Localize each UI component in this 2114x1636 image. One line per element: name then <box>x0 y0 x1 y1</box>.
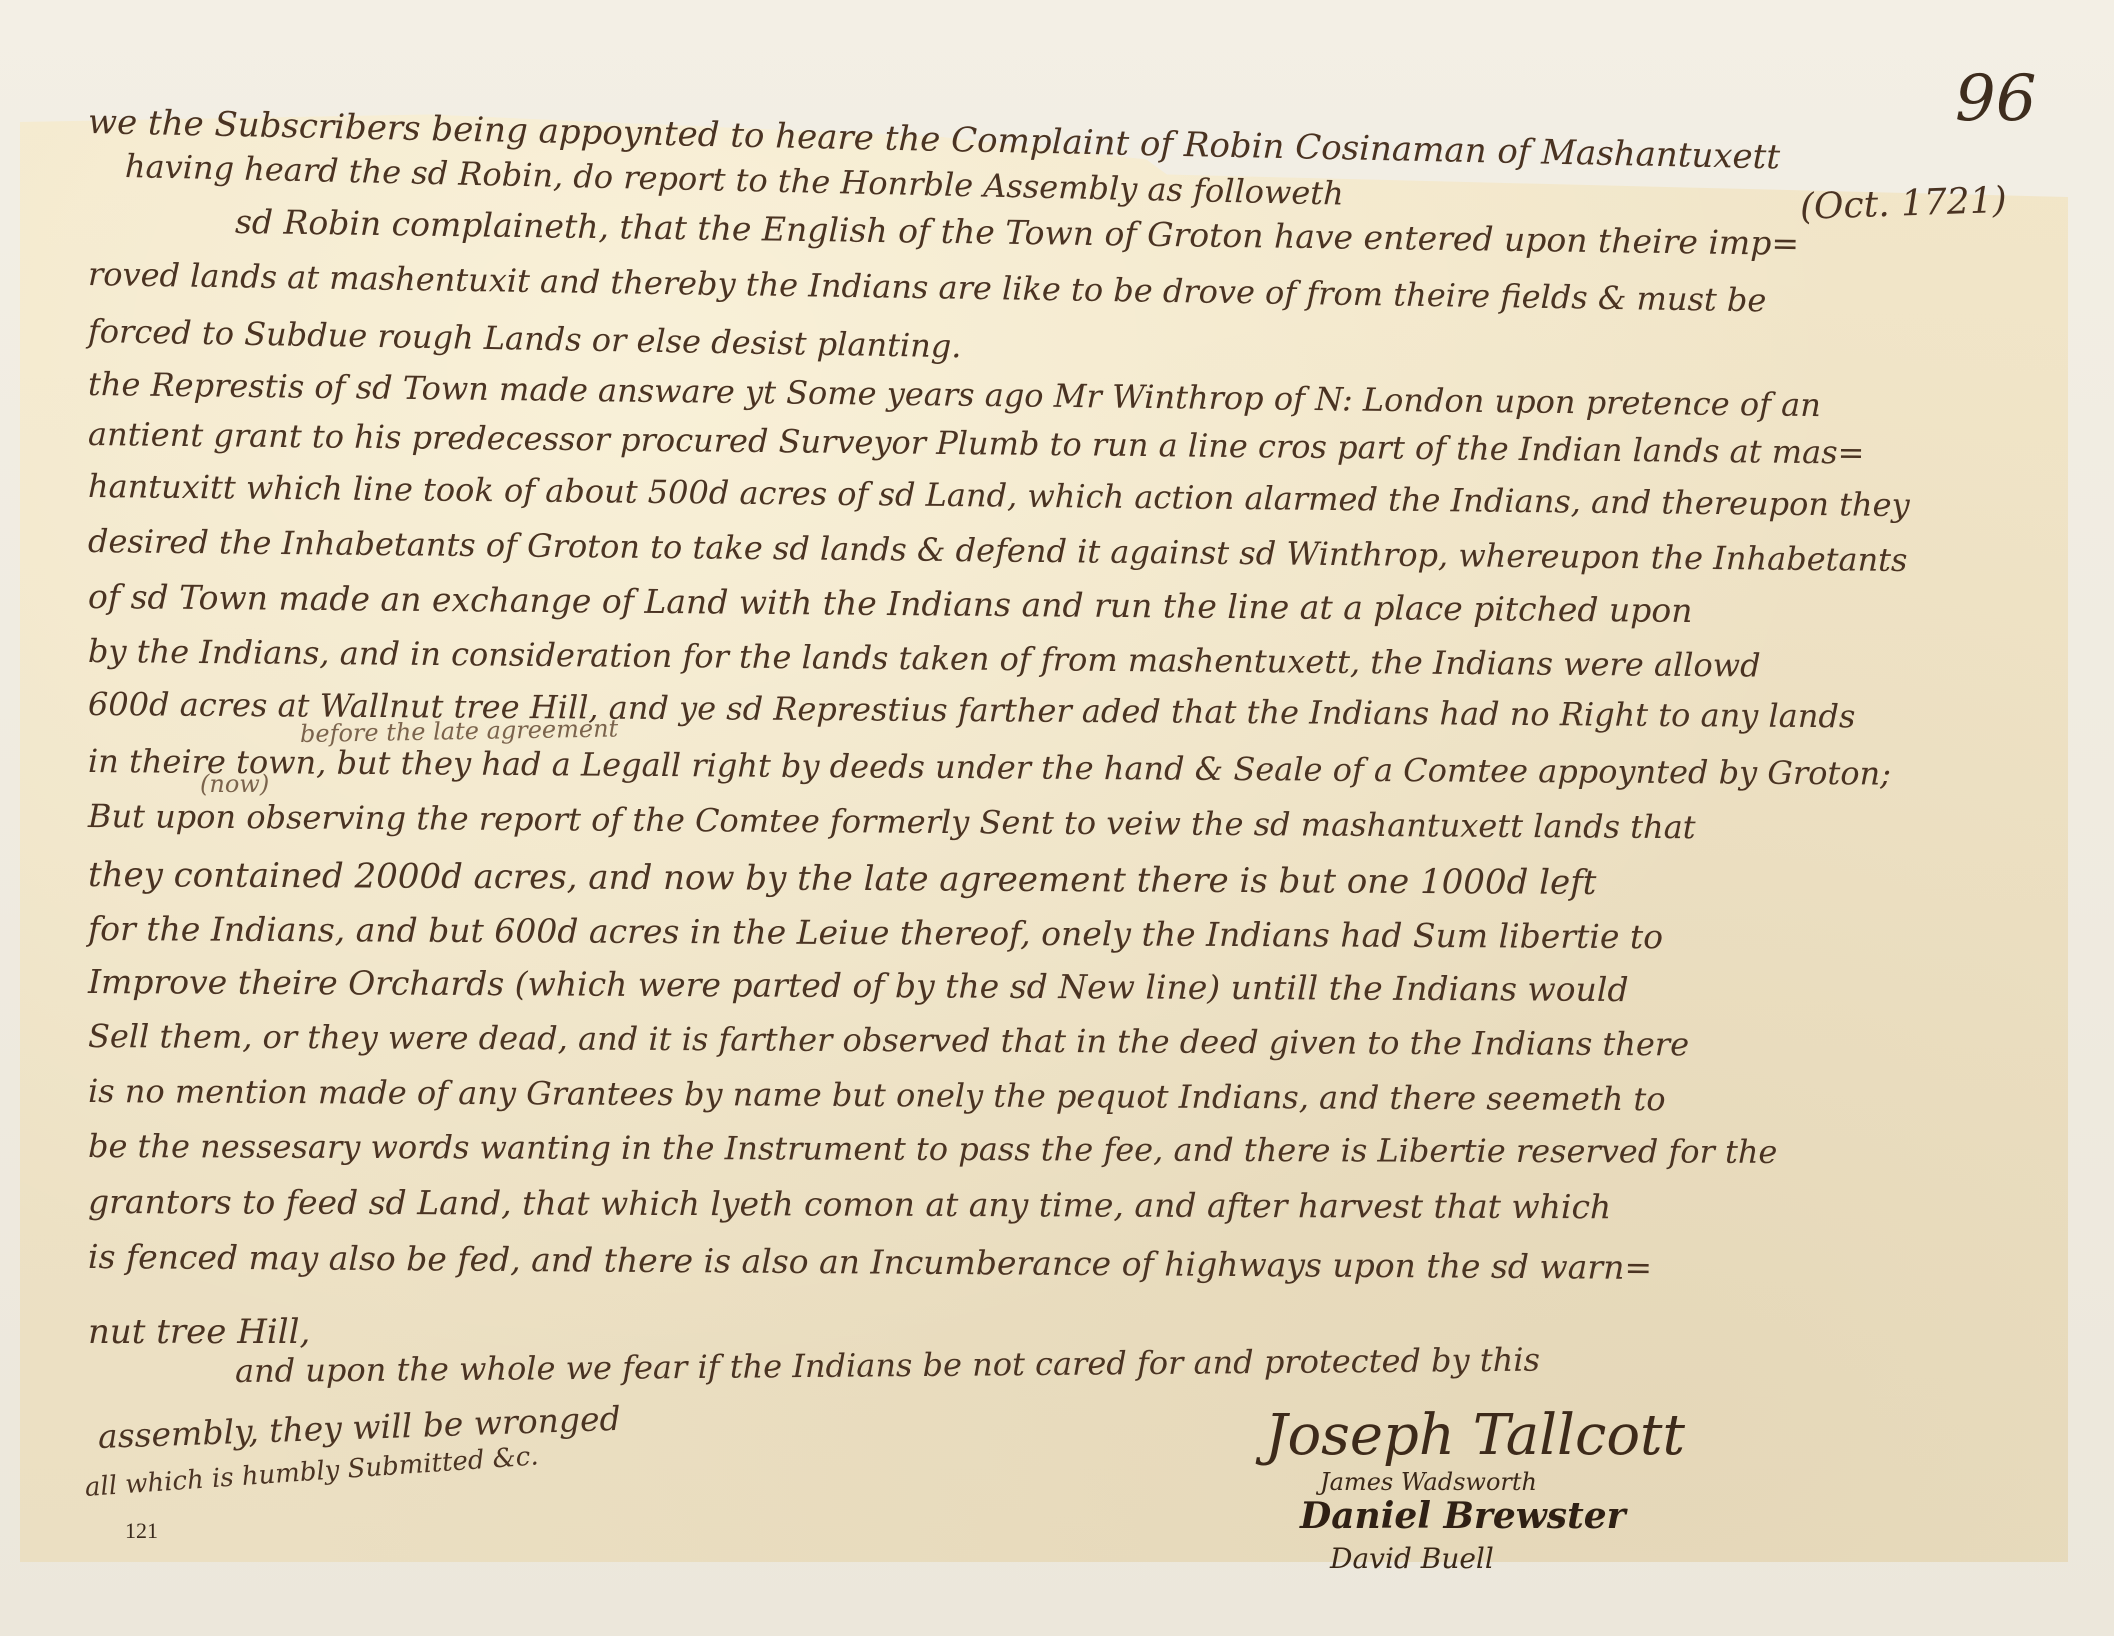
manuscript-line-19: is no mention made of any Grantees by na… <box>88 1075 1666 1115</box>
signature-david-buell: David Buell <box>1330 1545 1494 1573</box>
date-annotation: (Oct. 1721) <box>1799 183 2007 226</box>
manuscript-line-17: Improve theire Orchards (which were part… <box>88 965 1629 1006</box>
folio-number: 96 <box>1955 62 2036 136</box>
interlinear-now: (now) <box>200 772 269 796</box>
signature-joseph-tallcott: Joseph Tallcott <box>1265 1408 1685 1464</box>
manuscript-line-22: is fenced may also be fed, and there is … <box>88 1240 1652 1284</box>
archive-number: 121 <box>125 1518 158 1544</box>
manuscript-line-15: they contained 2000d acres, and now by t… <box>88 858 1597 900</box>
interlinear-before-the-late-agreement: before the late agreement <box>300 716 619 746</box>
manuscript-line-21: grantors to feed sd Land, that which lye… <box>88 1185 1611 1223</box>
manuscript-line-23: nut tree Hill, <box>88 1315 310 1349</box>
manuscript-line-20: be the nessesary words wanting in the In… <box>88 1130 1778 1168</box>
manuscript-line-18: Sell them, or they were dead, and it is … <box>88 1020 1689 1060</box>
manuscript-line-16: for the Indians, and but 600d acres in t… <box>88 912 1663 953</box>
signature-daniel-brewster: Daniel Brewster <box>1300 1498 1626 1534</box>
signature-james-wadsworth: James Wadsworth <box>1320 1470 1537 1494</box>
